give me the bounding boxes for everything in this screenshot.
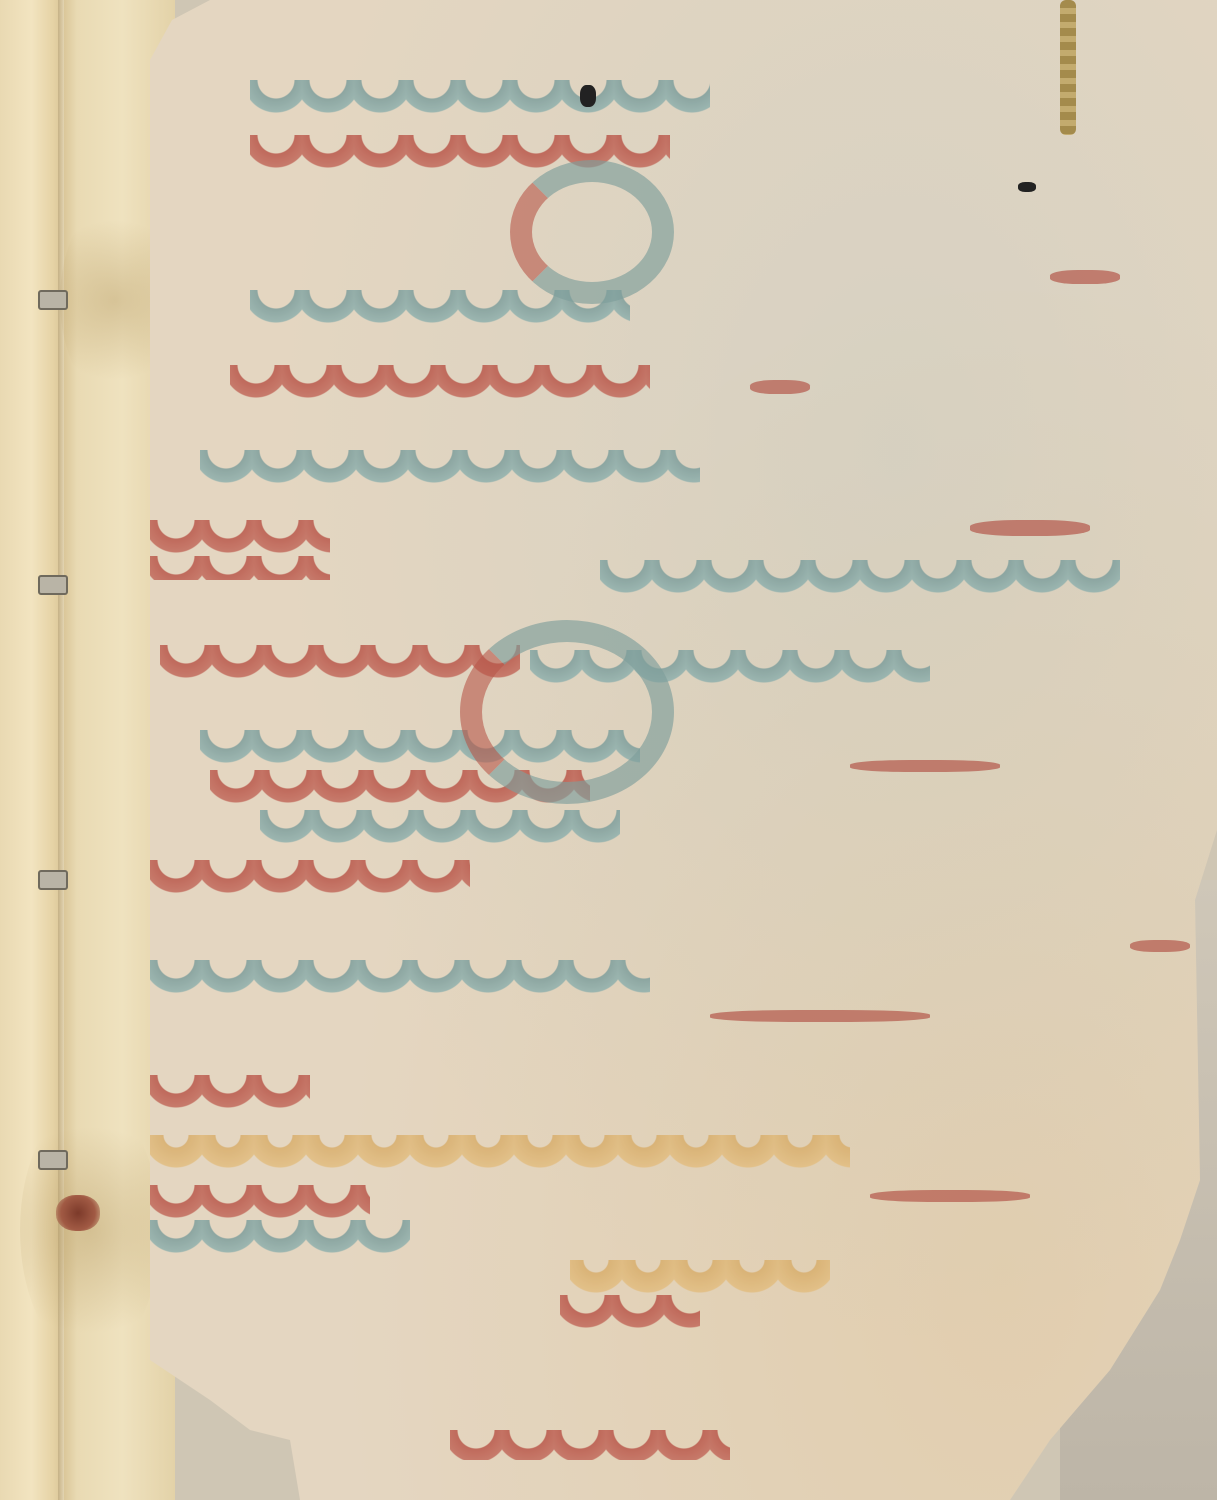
marble-band-ochre (150, 1135, 850, 1171)
red-speckle (710, 1010, 930, 1022)
red-speckle (970, 520, 1090, 536)
marble-swirl (510, 160, 674, 304)
marble-band-red (450, 1430, 730, 1460)
marble-band-red (150, 1075, 310, 1111)
ink-blot (580, 85, 596, 107)
marble-band-blue (250, 80, 710, 116)
red-speckle (850, 760, 1000, 772)
sewing-tab (38, 870, 68, 890)
book-cover-photo (0, 0, 1217, 1500)
marble-band-red (150, 1185, 370, 1221)
marble-band-red (150, 860, 470, 896)
marble-swirl (460, 620, 674, 804)
marbled-paper-cover (150, 0, 1217, 1500)
sewing-tab (38, 575, 68, 595)
red-speckle (1130, 940, 1190, 952)
sewing-tab (38, 1150, 68, 1170)
marble-band-blue (150, 1220, 410, 1256)
marble-band-red (160, 645, 520, 681)
water-stain (20, 1100, 160, 1360)
red-speckle (1050, 270, 1120, 284)
marble-band-blue (600, 560, 1120, 596)
marble-band-red (230, 365, 650, 401)
marble-band-ochre (570, 1260, 830, 1296)
red-speckle (870, 1190, 1030, 1202)
spine-stitching (1060, 0, 1076, 135)
marble-band-red (560, 1295, 700, 1331)
marble-band-blue (200, 450, 700, 486)
marble-band-blue (150, 960, 650, 996)
rust-spot (56, 1195, 100, 1231)
marble-band-blue (260, 810, 620, 846)
ink-blot (1018, 182, 1036, 192)
sewing-tab (38, 290, 68, 310)
red-speckle (750, 380, 810, 394)
vellum-spine (0, 0, 175, 1500)
marble-band-red (150, 520, 330, 580)
